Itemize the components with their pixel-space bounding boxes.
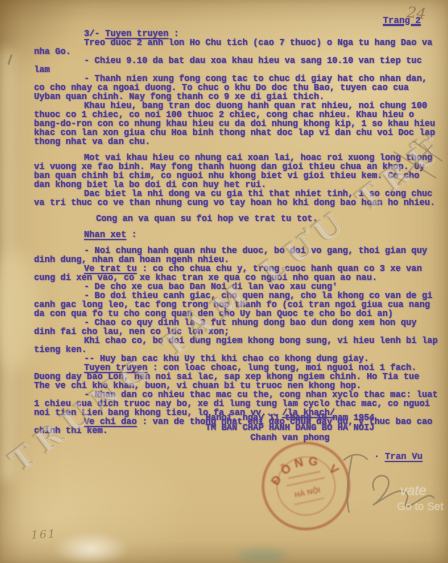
typed-paragraph: - Chieu 9.10 da bat dau xoa khau hieu va… <box>34 57 438 75</box>
typed-paragraph: Ve trat tu : co cho chua chu y, trong cu… <box>34 265 438 283</box>
text-segment: Cong an va quan su foi hop ve trat tu to… <box>96 214 318 224</box>
text-segment: Treo duoc 2 anh lon Ho Chu tich (cao 7 t… <box>34 38 432 57</box>
typed-paragraph: Cong an va quan su foi hop ve trat tu to… <box>34 215 438 224</box>
text-segment: Nhan xet <box>84 230 126 240</box>
typed-paragraph: - Thanh nien xung fong cong tac to chuc … <box>34 75 438 102</box>
section-heading-nhan-xet: Nhan xet : <box>34 231 438 240</box>
text-segment: : <box>126 230 137 240</box>
handwritten-archive-number: 161 <box>31 527 57 541</box>
paper-stain <box>0 250 38 370</box>
signoff-org: TM BAN CHAP HANH DANG BO HA NOIJ <box>140 423 440 433</box>
typed-page-label: Trang 2 <box>383 16 421 26</box>
text-segment: - Thanh nien xung fong cong tac to chuc … <box>34 74 427 102</box>
text-segment: Khau hieu, bang tran doc duong hanh quan… <box>34 101 435 147</box>
typed-paragraph: Khau hieu, bang tran doc duong hanh quan… <box>34 102 438 147</box>
paper-light-patch <box>52 532 130 563</box>
text-segment: - Chao co quy dinh la 3 fut nhung dong b… <box>34 318 417 337</box>
typed-paragraph: - Bo doi thieu canh giac, cho quen nang,… <box>34 292 438 319</box>
text-segment: Mot vai khau hieu co nhung cai xoan lai,… <box>34 153 432 190</box>
typed-paragraph: Khi chao co, bo doi dung ngiem khong bon… <box>34 337 438 355</box>
typed-paragraph: Dac biet la nhi dong va cu gia thi that … <box>34 190 438 208</box>
stamp-center-text: HÀ NỘI <box>294 485 322 499</box>
overlay-fragment-line2: Go to Set <box>397 501 443 513</box>
typed-body: 3/- Tuyen truyen :Treo duoc 2 anh lon Ho… <box>34 30 438 436</box>
typed-paragraph: - Noi chung hanh quan nhu the duoc, bo d… <box>34 247 438 265</box>
paper-smudge <box>238 549 286 563</box>
text-segment: - Noi chung hanh quan nhu the duoc, bo d… <box>34 246 427 265</box>
typed-paragraph: Mot vai khau hieu co nhung cai xoan lai,… <box>34 154 438 190</box>
text-segment: - Bo doi thieu canh giac, cho quen nang,… <box>34 291 432 319</box>
signoff-block: Hanoi, ngay 11 thang 10 nam 1954 TM BAN … <box>140 413 440 443</box>
text-segment: - Chieu 9.10 da bat dau xoa khau hieu va… <box>34 56 422 75</box>
typed-paragraph: Tuyen truyen : con loac choac, lung tung… <box>34 364 438 391</box>
signoff-place-date: Hanoi, ngay 11 thang 10 nam 1954 <box>140 413 440 423</box>
overlay-fragment-line1: vate <box>400 482 426 498</box>
typed-paragraph: - Chao co quy dinh la 3 fut nhung dong b… <box>34 319 438 337</box>
scanned-document-page: TRUNG TÂM LƯU TRỮ QUỐC GIA 24 Trang 2 3/… <box>0 0 448 563</box>
text-segment: Khi chao co, bo doi dung ngiem khong bon… <box>34 336 438 355</box>
text-segment: Dac biet la nhi dong va cu gia thi that … <box>34 189 435 208</box>
typed-paragraph: Treo duoc 2 anh lon Ho Chu tich (cao 7 t… <box>34 39 438 57</box>
pencil-cross-marks <box>386 136 446 192</box>
